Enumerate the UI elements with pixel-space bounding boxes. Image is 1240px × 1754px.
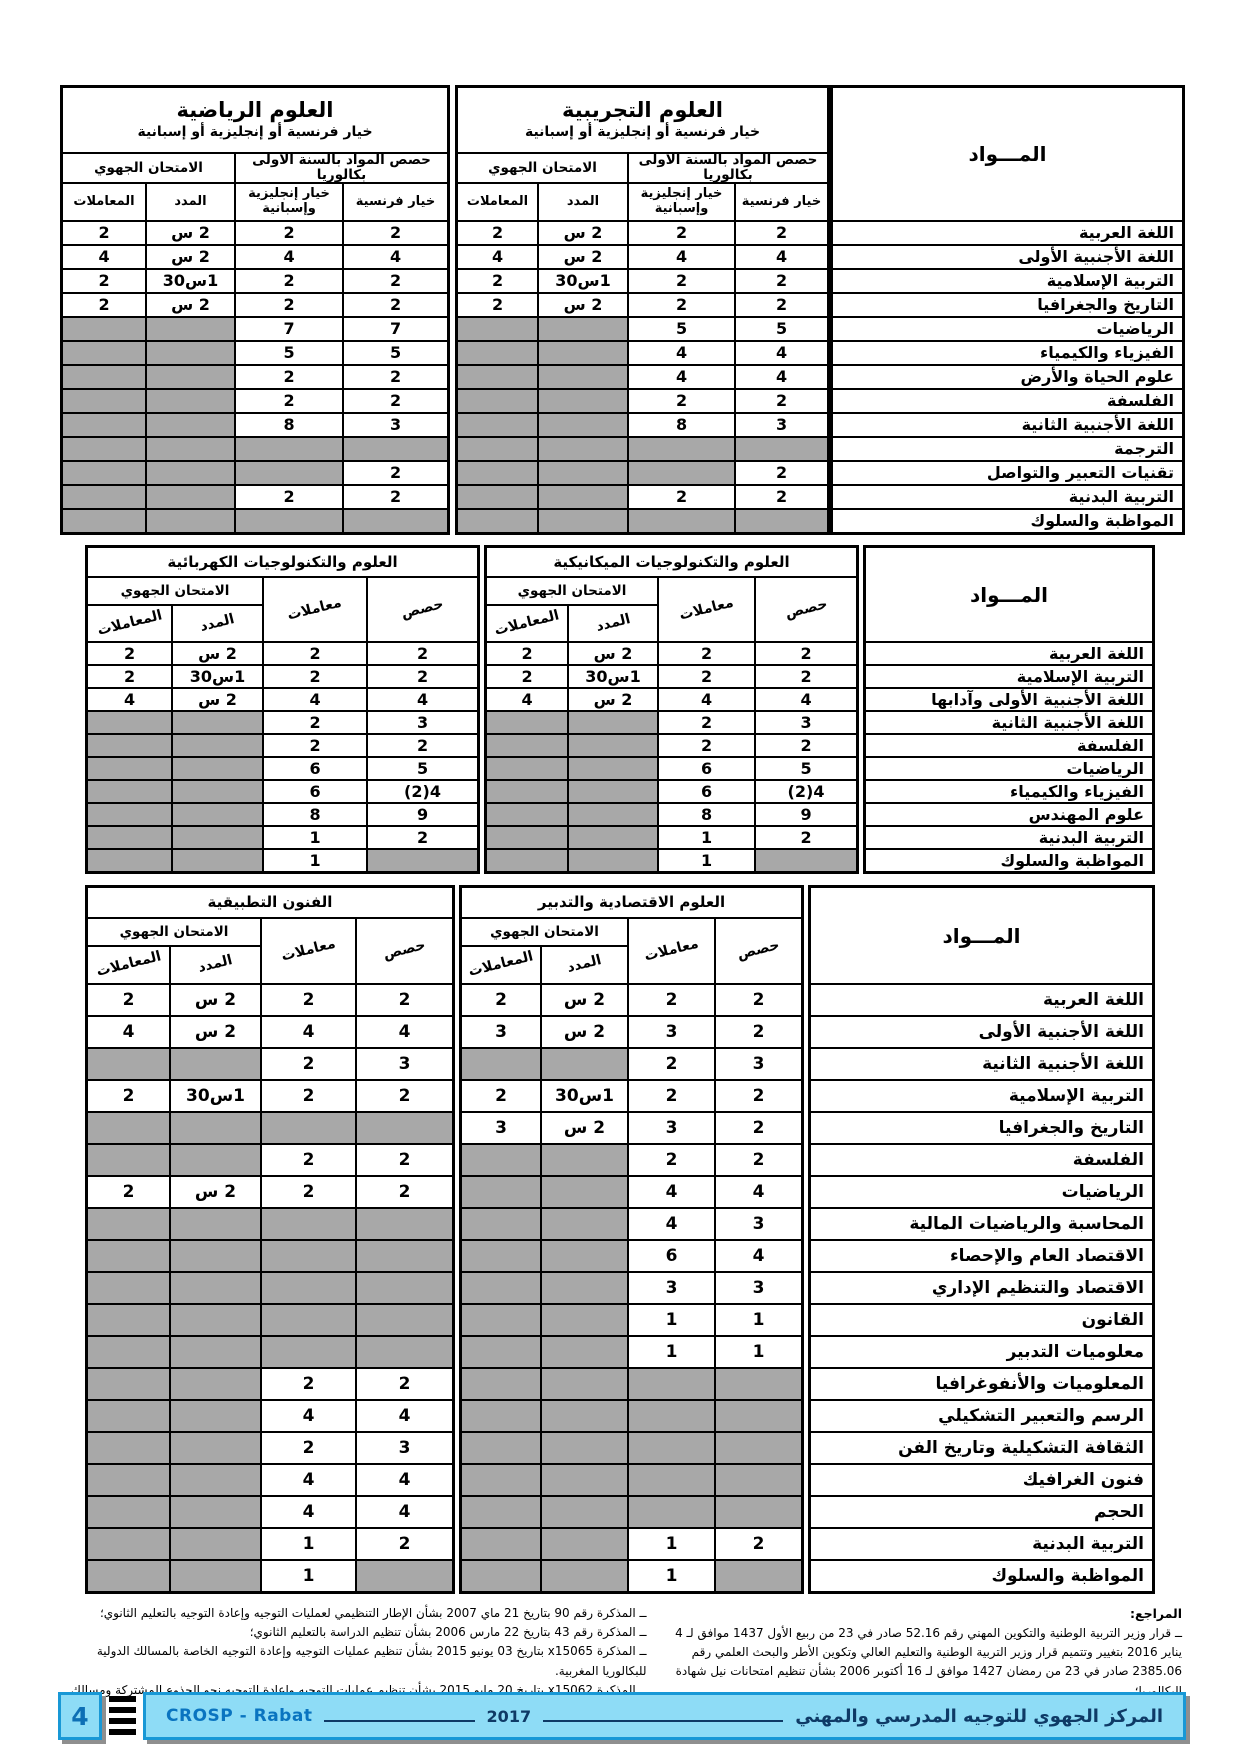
empty-cell	[462, 1497, 540, 1527]
value-cell: 4	[236, 246, 342, 268]
value-cell: 6	[629, 1241, 714, 1271]
empty-cell	[539, 366, 627, 388]
value-cell: 4	[357, 1401, 452, 1431]
subject-cell: اللغة الأجنبية الثانية	[866, 712, 1152, 733]
value-cell: 2	[63, 270, 145, 292]
subject-cell: الاقتصاد والتنظيم الإداري	[811, 1273, 1152, 1303]
value-cell: 1	[264, 850, 366, 871]
value-cell: 2	[357, 985, 452, 1015]
empty-cell	[542, 1305, 627, 1335]
subject-cell: اللغة العربية	[833, 222, 1182, 244]
value-cell: 4	[756, 689, 856, 710]
value-cell: 4	[629, 246, 734, 268]
value-cell: 5	[344, 342, 447, 364]
value-cell: 2	[462, 1081, 540, 1111]
empty-cell	[542, 1401, 627, 1431]
value-cell: 4	[88, 689, 171, 710]
value-cell: 3	[716, 1273, 801, 1303]
empty-cell	[236, 438, 342, 460]
subject-cell: الحجم	[811, 1497, 1152, 1527]
subject-cell: الفلسفة	[866, 735, 1152, 756]
empty-cell	[357, 1241, 452, 1271]
value-cell: 1	[716, 1337, 801, 1367]
value-cell: 3	[716, 1049, 801, 1079]
regional-exam-header: الامتحان الجهوي	[88, 919, 260, 945]
value-cell: 2	[344, 486, 447, 508]
empty-cell	[462, 1241, 540, 1271]
value-cell: 2	[629, 486, 734, 508]
empty-cell	[569, 712, 657, 733]
empty-cell	[171, 1241, 260, 1271]
value-cell: 5	[736, 318, 827, 340]
subject-cell: المواظبة والسلوك	[866, 850, 1152, 871]
value-cell: 2	[629, 1049, 714, 1079]
value-cell: 4	[458, 246, 537, 268]
coefficient-header: المعاملات	[458, 184, 537, 220]
subject-cell: التربية الإسلامية	[833, 270, 1182, 292]
section-title: العلوم والتكنولوجيات الكهربائية	[88, 548, 477, 576]
mathematical-sciences-section: العلوم الرياضيةخيار فرنسية أو إنجليزية أ…	[60, 85, 450, 535]
value-cell: 2	[716, 985, 801, 1015]
empty-cell	[462, 1049, 540, 1079]
value-cell: 2	[368, 827, 477, 848]
value-cell: 8	[659, 804, 754, 825]
value-cell: 3	[736, 414, 827, 436]
regional-exam-header: الامتحان الجهوي	[88, 578, 262, 604]
value-cell: 8	[264, 804, 366, 825]
empty-cell	[542, 1177, 627, 1207]
value-cell: 1	[264, 827, 366, 848]
empty-cell	[63, 510, 145, 532]
empty-cell	[262, 1305, 355, 1335]
empty-cell	[542, 1369, 627, 1399]
value-cell: 2	[487, 666, 567, 687]
references-heading: المراجع:	[657, 1604, 1182, 1624]
duration-header: المدد	[147, 184, 234, 220]
document-page: المـــواداللغة العربيةاللغة الأجنبية الأ…	[0, 0, 1240, 1754]
empty-cell	[462, 1529, 540, 1559]
value-cell: 2	[629, 270, 734, 292]
duration-header-label: المدد	[199, 612, 236, 635]
subject-cell: اللغة العربية	[811, 985, 1152, 1015]
value-cell: 2	[716, 1081, 801, 1111]
empty-cell	[173, 758, 262, 779]
empty-cell	[539, 318, 627, 340]
empty-cell	[88, 1337, 169, 1367]
exam-coefficient-header: المعاملات	[88, 947, 169, 983]
empty-cell	[569, 850, 657, 871]
value-cell: 3	[357, 1433, 452, 1463]
value-cell: 2	[236, 486, 342, 508]
section-subtitle-text: خيار فرنسية أو إنجليزية أو إسبانية	[137, 125, 372, 140]
empty-cell	[88, 827, 171, 848]
value-cell: 1	[659, 827, 754, 848]
subjects-header-cell: المـــواد	[811, 888, 1152, 983]
value-cell: 4	[736, 246, 827, 268]
empty-cell	[357, 1209, 452, 1239]
regional-exam-header: الامتحان الجهوي	[63, 154, 234, 182]
applied-arts-section: الفنون التطبيقيةحصصمعاملاتالامتحان الجهو…	[85, 885, 455, 1594]
empty-cell	[88, 1273, 169, 1303]
empty-cell	[629, 1401, 714, 1431]
empty-cell	[487, 850, 567, 871]
empty-cell	[344, 510, 447, 532]
empty-cell	[542, 1209, 627, 1239]
empty-cell	[88, 1113, 169, 1143]
empty-cell	[173, 804, 262, 825]
value-cell: 4	[716, 1177, 801, 1207]
subject-cell: التربية البدنية	[833, 486, 1182, 508]
value-cell: 4	[357, 1497, 452, 1527]
empty-cell	[88, 1465, 169, 1495]
value-cell: 2	[629, 222, 734, 244]
hours-header: حصص	[368, 578, 477, 641]
empty-cell	[736, 438, 827, 460]
empty-cell	[462, 1209, 540, 1239]
empty-cell	[262, 1337, 355, 1367]
value-cell: 2	[344, 294, 447, 316]
empty-cell	[629, 1369, 714, 1399]
empty-cell	[262, 1113, 355, 1143]
empty-cell	[88, 1401, 169, 1431]
empty-cell	[357, 1305, 452, 1335]
footer-org: CROSP - Rabat	[166, 1706, 312, 1726]
barcode-icon	[109, 1696, 136, 1736]
value-cell: 2 س	[147, 294, 234, 316]
exam-coefficient-header-label: المعاملات	[467, 950, 535, 981]
option-french-header: خيار فرنسية	[344, 184, 447, 220]
empty-cell	[171, 1145, 260, 1175]
value-cell: 2	[344, 366, 447, 388]
empty-cell	[236, 510, 342, 532]
empty-cell	[88, 1145, 169, 1175]
value-cell: 2	[659, 666, 754, 687]
empty-cell	[539, 390, 627, 412]
duration-header-label: المدد	[197, 953, 234, 976]
empty-cell	[88, 850, 171, 871]
value-cell: 4	[736, 342, 827, 364]
empty-cell	[629, 438, 734, 460]
exam-coefficient-header-label: المعاملات	[96, 608, 164, 639]
value-cell: 2	[262, 1433, 355, 1463]
value-cell: 4	[262, 1017, 355, 1047]
value-cell: 5	[756, 758, 856, 779]
empty-cell	[368, 850, 477, 871]
duration-header: المدد	[173, 606, 262, 641]
empty-cell	[629, 1433, 714, 1463]
section-title: العلوم التجريبيةخيار فرنسية أو إنجليزية …	[458, 88, 827, 152]
subject-cell: الرياضيات	[866, 758, 1152, 779]
empty-cell	[173, 827, 262, 848]
hours-header-label: حصص	[783, 597, 828, 622]
empty-cell	[171, 1337, 260, 1367]
subject-cell: الرياضيات	[811, 1177, 1152, 1207]
center-name: المركز الجهوي للتوجيه المدرسي والمهني	[795, 1706, 1163, 1727]
value-cell: 2	[629, 985, 714, 1015]
duration-header: المدد	[569, 606, 657, 641]
value-cell: 2	[756, 827, 856, 848]
reference-item: ــ المذكرة x15065 بتاريخ 03 يونيو 2015 ب…	[54, 1642, 647, 1680]
empty-cell	[147, 414, 234, 436]
value-cell: 2	[357, 1145, 452, 1175]
value-cell: 2	[88, 1081, 169, 1111]
value-cell: 2 س	[569, 689, 657, 710]
empty-cell	[88, 1305, 169, 1335]
empty-cell	[63, 438, 145, 460]
economics-management-section: العلوم الاقتصادية والتدبيرحصصمعاملاتالام…	[459, 885, 804, 1594]
value-cell: 2	[736, 486, 827, 508]
empty-cell	[171, 1369, 260, 1399]
empty-cell	[542, 1465, 627, 1495]
subject-cell: الفيزياء والكيمياء	[833, 342, 1182, 364]
value-cell: 2	[88, 1177, 169, 1207]
value-cell: 3	[756, 712, 856, 733]
empty-cell	[462, 1433, 540, 1463]
empty-cell	[63, 390, 145, 412]
value-cell: 2	[659, 735, 754, 756]
value-cell: 4	[88, 1017, 169, 1047]
section-subtitle-text: خيار فرنسية أو إنجليزية أو إسبانية	[525, 125, 760, 140]
empty-cell	[539, 486, 627, 508]
value-cell: 2	[368, 735, 477, 756]
value-cell: 2	[262, 1177, 355, 1207]
empty-cell	[569, 804, 657, 825]
value-cell: 4	[262, 1465, 355, 1495]
value-cell: 2	[236, 390, 342, 412]
empty-cell	[171, 1497, 260, 1527]
value-cell: 3	[716, 1209, 801, 1239]
value-cell: 2	[736, 390, 827, 412]
coefficient-header: المعاملات	[63, 184, 145, 220]
empty-cell	[458, 486, 537, 508]
empty-cell	[88, 1497, 169, 1527]
value-cell: 2	[63, 222, 145, 244]
value-cell: 2 س	[539, 246, 627, 268]
empty-cell	[344, 438, 447, 460]
value-cell: 2	[357, 1529, 452, 1559]
coefficient-header: معاملات	[264, 578, 366, 641]
value-cell: 2	[262, 1049, 355, 1079]
value-cell: 1	[262, 1561, 355, 1591]
value-cell: 2	[458, 294, 537, 316]
value-cell: 2	[736, 222, 827, 244]
empty-cell	[171, 1305, 260, 1335]
coefficient-header-label: معاملات	[280, 937, 337, 965]
empty-cell	[487, 712, 567, 733]
value-cell: 4	[357, 1017, 452, 1047]
empty-cell	[88, 758, 171, 779]
empty-cell	[736, 510, 827, 532]
value-cell: 2	[264, 666, 366, 687]
empty-cell	[147, 390, 234, 412]
reference-item: ــ المذكرة رقم 90 بتاريخ 21 ماي 2007 بشأ…	[54, 1604, 647, 1623]
subject-cell: القانون	[811, 1305, 1152, 1335]
subject-cell: التربية البدنية	[866, 827, 1152, 848]
reference-item: ــ قرار وزير التربية الوطنية والتكوين ال…	[657, 1624, 1182, 1701]
value-cell: 3	[344, 414, 447, 436]
value-cell: 4	[264, 689, 366, 710]
value-cell: 2	[344, 462, 447, 484]
subject-cell: علوم الحياة والأرض	[833, 366, 1182, 388]
empty-cell	[542, 1241, 627, 1271]
empty-cell	[539, 438, 627, 460]
empty-cell	[262, 1273, 355, 1303]
empty-cell	[458, 414, 537, 436]
coefficient-header-label: معاملات	[643, 937, 700, 965]
empty-cell	[357, 1561, 452, 1591]
hours-header-label: حصص	[736, 938, 781, 963]
subject-cell: الفيزياء والكيمياء	[866, 781, 1152, 802]
empty-cell	[539, 510, 627, 532]
empty-cell	[487, 758, 567, 779]
empty-cell	[88, 1369, 169, 1399]
empty-cell	[487, 735, 567, 756]
value-cell: 3	[629, 1017, 714, 1047]
duration-header-label: المدد	[566, 953, 603, 976]
value-cell: 6	[264, 781, 366, 802]
value-cell: 2 س	[171, 1177, 260, 1207]
subject-cell: الثقافة التشكيلية وتاريخ الفن	[811, 1433, 1152, 1463]
empty-cell	[716, 1465, 801, 1495]
value-cell: 1س30	[173, 666, 262, 687]
value-cell: 1س30	[569, 666, 657, 687]
subject-cell: الترجمة	[833, 438, 1182, 460]
coefficient-header: معاملات	[629, 919, 714, 983]
value-cell: 2	[262, 1369, 355, 1399]
empty-cell	[147, 318, 234, 340]
empty-cell	[88, 1049, 169, 1079]
value-cell: 4	[368, 689, 477, 710]
empty-cell	[462, 1305, 540, 1335]
empty-cell	[458, 510, 537, 532]
subject-cell: معلوميات التدبير	[811, 1337, 1152, 1367]
subject-cell: اللغة العربية	[866, 643, 1152, 664]
empty-cell	[63, 342, 145, 364]
value-cell: 6	[659, 781, 754, 802]
footer-strip: المركز الجهوي للتوجيه المدرسي والمهني 20…	[143, 1692, 1186, 1740]
empty-cell	[462, 1561, 540, 1591]
empty-cell	[88, 781, 171, 802]
value-cell: 4	[629, 1177, 714, 1207]
value-cell: 2	[756, 735, 856, 756]
empty-cell	[171, 1273, 260, 1303]
empty-cell	[542, 1561, 627, 1591]
exam-coefficient-header-label: المعاملات	[493, 608, 561, 639]
hours-header-label: حصص	[382, 938, 427, 963]
empty-cell	[171, 1049, 260, 1079]
empty-cell	[173, 850, 262, 871]
value-cell: 3	[368, 712, 477, 733]
hours-header: حصص	[716, 919, 801, 983]
empty-cell	[88, 1209, 169, 1239]
empty-cell	[88, 804, 171, 825]
duration-header: المدد	[539, 184, 627, 220]
value-cell: 2 س	[147, 222, 234, 244]
value-cell: 2	[756, 666, 856, 687]
empty-cell	[458, 366, 537, 388]
subject-cell: الرسم والتعبير التشكيلي	[811, 1401, 1152, 1431]
value-cell: 9	[368, 804, 477, 825]
footer-year: 2017	[487, 1707, 532, 1726]
value-cell: 2 س	[173, 643, 262, 664]
empty-cell	[716, 1497, 801, 1527]
empty-cell	[171, 1401, 260, 1431]
empty-cell	[542, 1497, 627, 1527]
empty-cell	[458, 390, 537, 412]
value-cell: 2 س	[569, 643, 657, 664]
reference-item: ــ المذكرة رقم 43 بتاريخ 22 مارس 2006 بش…	[54, 1623, 647, 1642]
value-cell: 2	[458, 222, 537, 244]
value-cell: 2 س	[542, 985, 627, 1015]
value-cell: 1	[262, 1529, 355, 1559]
value-cell: 4	[262, 1401, 355, 1431]
empty-cell	[462, 1465, 540, 1495]
exam-coefficient-header: المعاملات	[88, 606, 171, 641]
value-cell: 1	[629, 1529, 714, 1559]
empty-cell	[63, 462, 145, 484]
value-cell: 4	[716, 1241, 801, 1271]
empty-cell	[147, 486, 234, 508]
empty-cell	[542, 1273, 627, 1303]
value-cell: 2 س	[147, 246, 234, 268]
value-cell: 2	[264, 712, 366, 733]
empty-cell	[569, 735, 657, 756]
value-cell: 1س30	[171, 1081, 260, 1111]
empty-cell	[171, 1529, 260, 1559]
value-cell: 2	[659, 643, 754, 664]
regional-exam-header: الامتحان الجهوي	[458, 154, 627, 182]
subject-cell: اللغة الأجنبية الثانية	[833, 414, 1182, 436]
value-cell: 6	[659, 758, 754, 779]
value-cell: 2	[264, 643, 366, 664]
empty-cell	[462, 1401, 540, 1431]
value-cell: 4(2)	[756, 781, 856, 802]
value-cell: 4	[262, 1497, 355, 1527]
value-cell: 4(2)	[368, 781, 477, 802]
empty-cell	[462, 1337, 540, 1367]
value-cell: 1س30	[542, 1081, 627, 1111]
value-cell: 4	[659, 689, 754, 710]
coefficient-header-label: معاملات	[286, 595, 343, 623]
value-cell: 2	[357, 1369, 452, 1399]
empty-cell	[171, 1561, 260, 1591]
empty-cell	[462, 1177, 540, 1207]
value-cell: 2	[344, 222, 447, 244]
subject-cell: اللغة الأجنبية الأولى	[833, 246, 1182, 268]
value-cell: 2	[462, 985, 540, 1015]
value-cell: 4	[357, 1465, 452, 1495]
coefficient-header: معاملات	[262, 919, 355, 983]
value-cell: 1	[629, 1561, 714, 1591]
value-cell: 2	[629, 1145, 714, 1175]
subject-cell: المواظبة والسلوك	[811, 1561, 1152, 1591]
empty-cell	[173, 712, 262, 733]
subject-cell: اللغة الأجنبية الأولى وآدابها	[866, 689, 1152, 710]
empty-cell	[716, 1401, 801, 1431]
empty-cell	[462, 1369, 540, 1399]
subjects-header-cell: المـــواد	[833, 88, 1182, 220]
value-cell: 6	[264, 758, 366, 779]
value-cell: 1	[629, 1337, 714, 1367]
subject-cell: علوم المهندس	[866, 804, 1152, 825]
empty-cell	[716, 1369, 801, 1399]
subject-cell: التربية الإسلامية	[866, 666, 1152, 687]
empty-cell	[462, 1273, 540, 1303]
value-cell: 2	[736, 462, 827, 484]
value-cell: 2	[88, 985, 169, 1015]
empty-cell	[88, 1561, 169, 1591]
empty-cell	[716, 1561, 801, 1591]
